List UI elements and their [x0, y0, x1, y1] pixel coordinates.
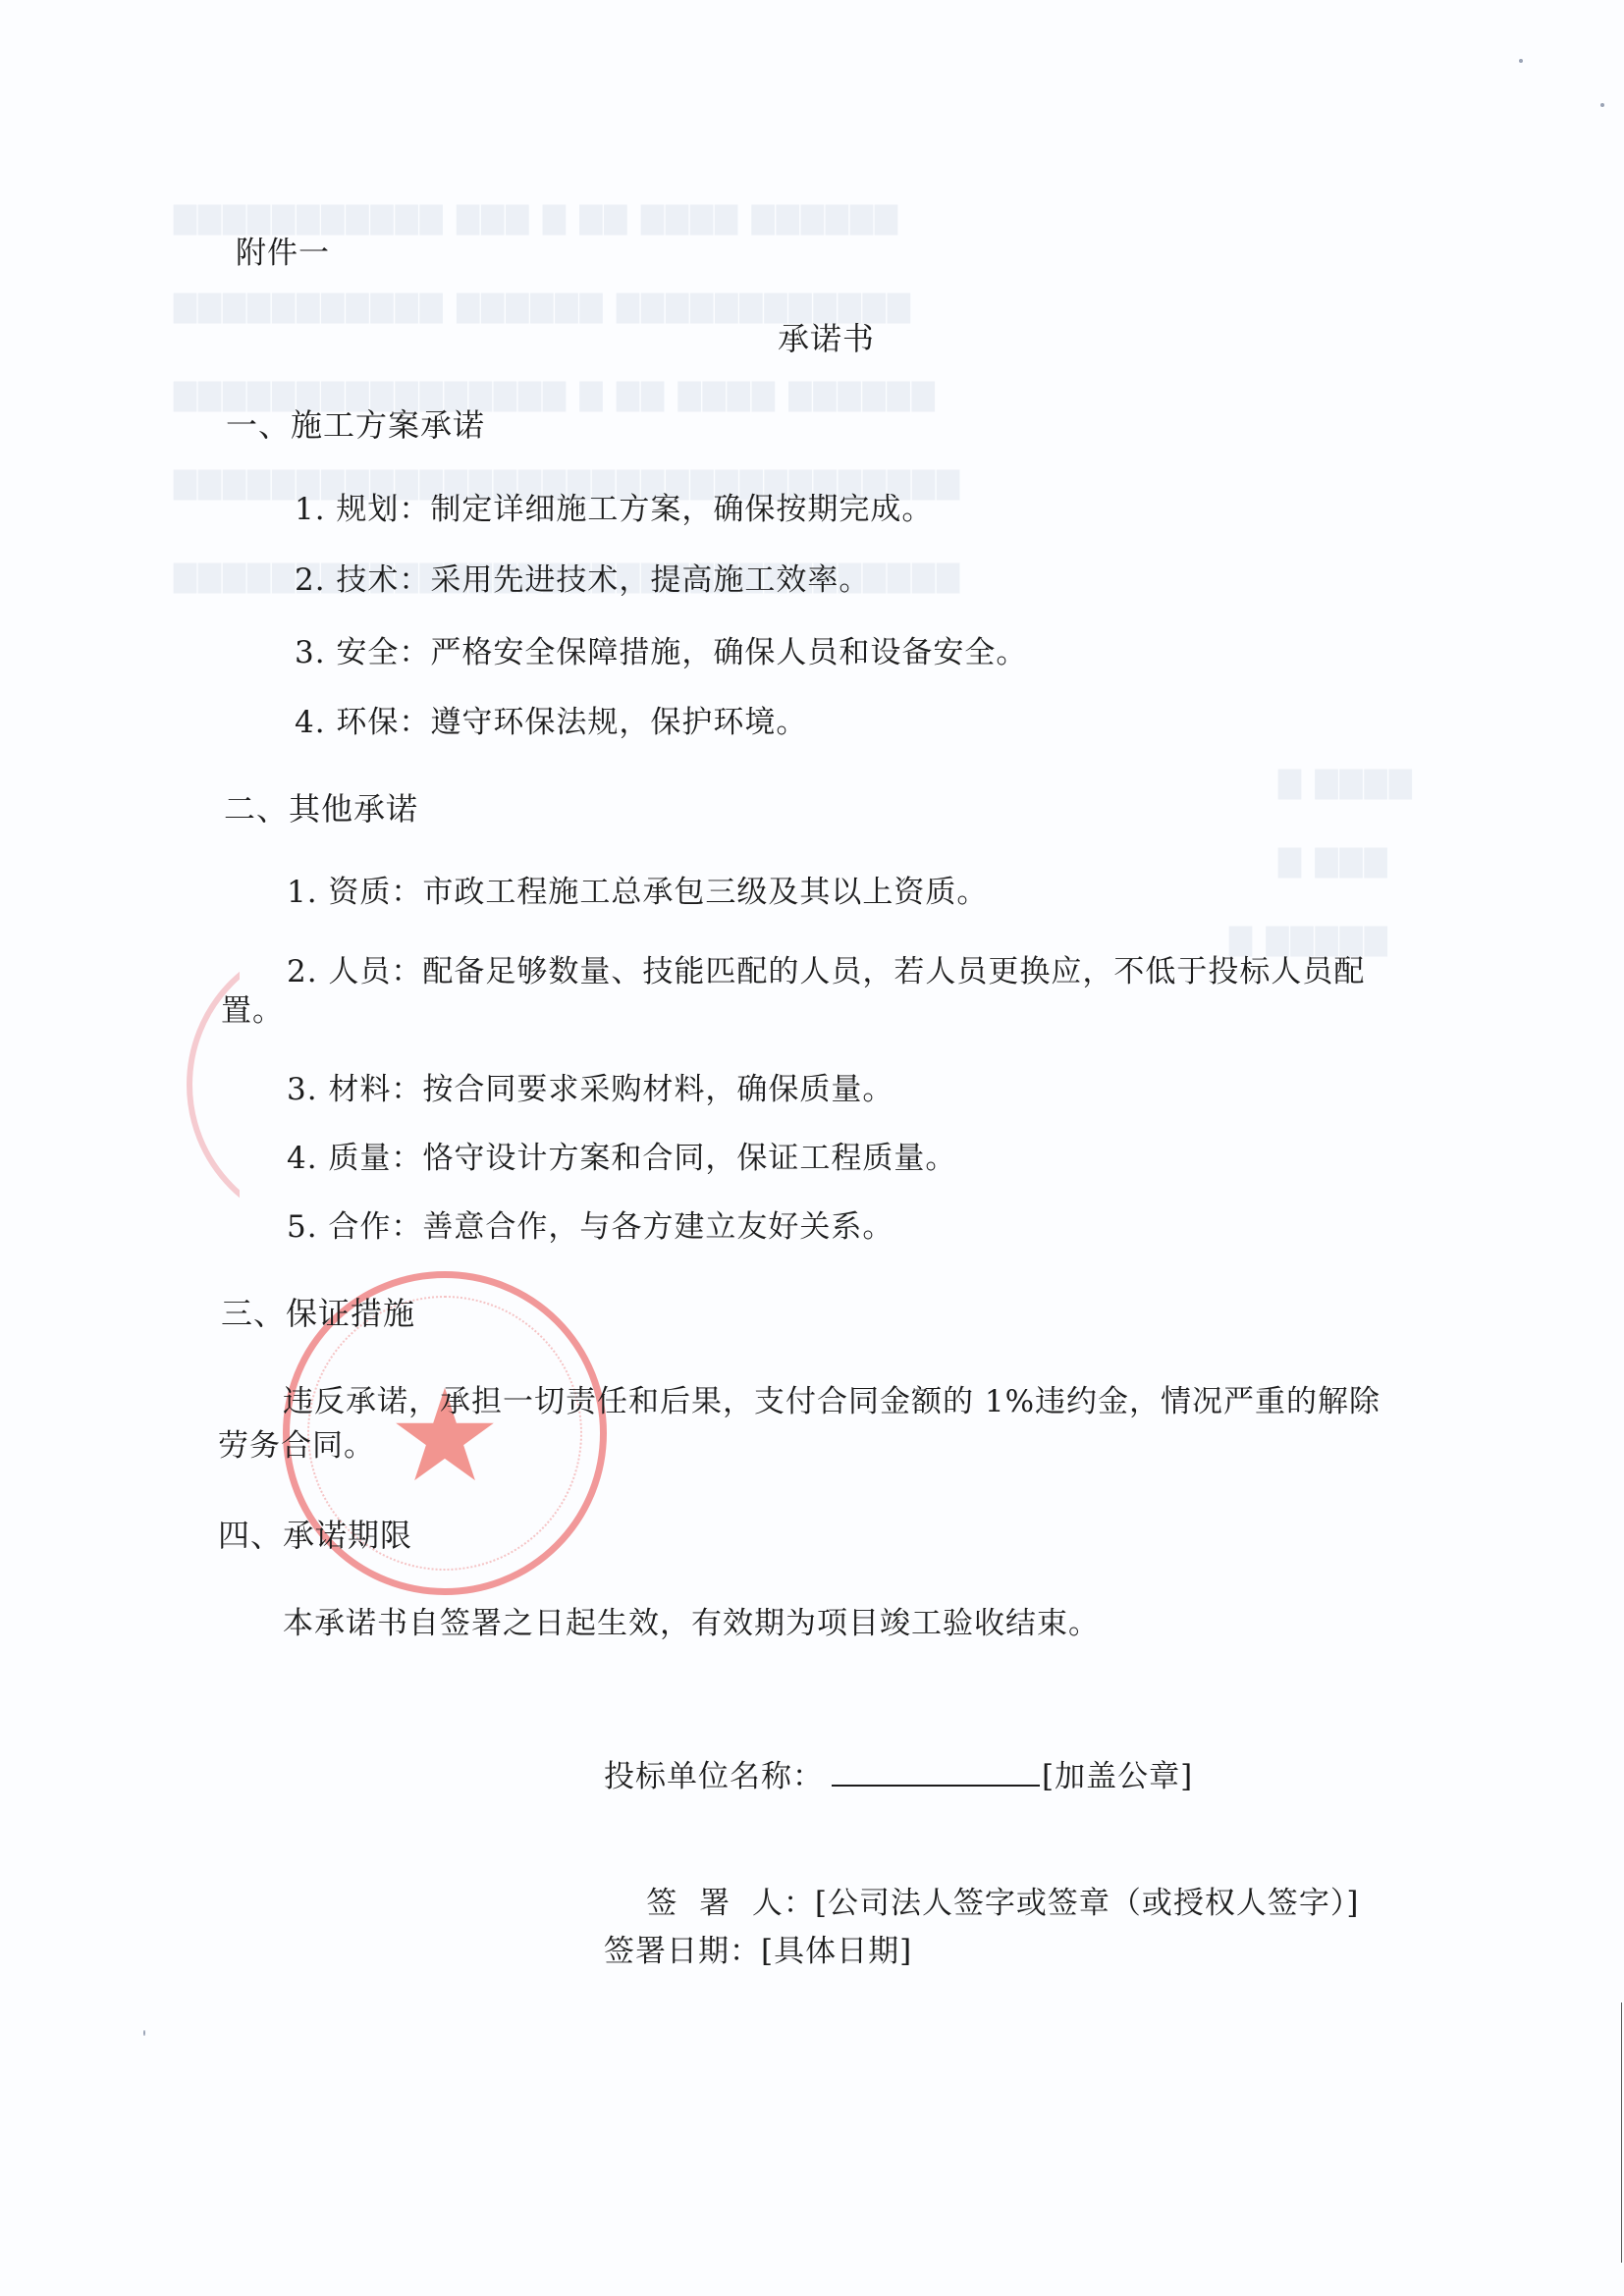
- bidder-name-row: 投标单位名称：[加盖公章]: [604, 1757, 1193, 1796]
- sign-date-label: 签署日期：: [604, 1934, 761, 1969]
- signer-placeholder: [公司法人签字或签章（或授权人签字）]: [815, 1886, 1360, 1921]
- list-item-continuation: 置。: [221, 991, 284, 1031]
- scan-speck: [143, 2030, 145, 2036]
- list-item: 1. 资质：市政工程施工总承包三级及其以上资质。: [287, 873, 988, 912]
- seal-placeholder: [加盖公章]: [1042, 1759, 1193, 1794]
- list-item: 3. 安全：严格安全保障措施，确保人员和设备安全。: [295, 633, 1027, 672]
- section-heading-guarantee-measures: 三、保证措施: [221, 1294, 415, 1333]
- list-item: 5. 合作：善意合作，与各方建立友好关系。: [287, 1207, 893, 1247]
- bidder-name-label: 投标单位名称：: [604, 1759, 824, 1794]
- section-heading-other-commitments: 二、其他承诺: [224, 789, 418, 828]
- scan-speck: [1600, 103, 1604, 107]
- paragraph-line: 本承诺书自签署之日起生效，有效期为项目竣工验收结束。: [283, 1604, 1100, 1643]
- bleed-through-text: ▇▇▇ ▇: [1276, 844, 1387, 879]
- list-item: 4. 质量：恪守设计方案和合同，保证工程质量。: [287, 1139, 956, 1178]
- paragraph-line: 违反承诺，承担一切责任和后果，支付合同金额的 1%违约金，情况严重的解除: [283, 1382, 1380, 1421]
- list-item: 4. 环保：遵守环保法规，保护环境。: [295, 703, 807, 742]
- sign-date-placeholder: [具体日期]: [761, 1934, 912, 1969]
- list-item: 3. 材料：按合同要求采购材料，确保质量。: [287, 1070, 893, 1109]
- attachment-label: 附件一: [236, 234, 330, 273]
- sign-date-row: 签署日期：[具体日期]: [604, 1932, 912, 1971]
- scan-speck: [1519, 59, 1523, 63]
- scanned-page: ▇▇▇▇▇▇ ▇▇▇▇ ▇▇ ▇ ▇▇▇ ▇▇▇▇▇▇▇▇▇▇▇ ▇▇▇▇▇▇▇…: [0, 0, 1624, 2296]
- list-item: 2. 人员：配备足够数量、技能匹配的人员，若人员更换应，不低于投标人员配: [287, 952, 1365, 991]
- list-item: 1. 规划：制定详细施工方案，确保按期完成。: [295, 490, 933, 529]
- scan-edge-line: [1621, 2002, 1622, 2263]
- section-heading-construction-plan: 一、施工方案承诺: [226, 405, 485, 445]
- paragraph-line: 劳务合同。: [218, 1426, 375, 1466]
- list-item: 2. 技术：采用先进技术，提高施工效率。: [295, 561, 870, 600]
- bleed-through-text: ▇▇▇▇ ▇: [1276, 766, 1412, 800]
- section-heading-commitment-period: 四、承诺期限: [218, 1516, 412, 1555]
- bleed-through-text: ▇▇▇▇▇▇ ▇▇▇▇ ▇▇ ▇ ▇▇▇ ▇▇▇▇▇▇▇▇▇▇▇: [172, 201, 897, 236]
- signer-label: 签 署 人：: [646, 1886, 814, 1921]
- bidder-name-blank-field[interactable]: [832, 1757, 1040, 1787]
- document-title: 承诺书: [778, 319, 875, 358]
